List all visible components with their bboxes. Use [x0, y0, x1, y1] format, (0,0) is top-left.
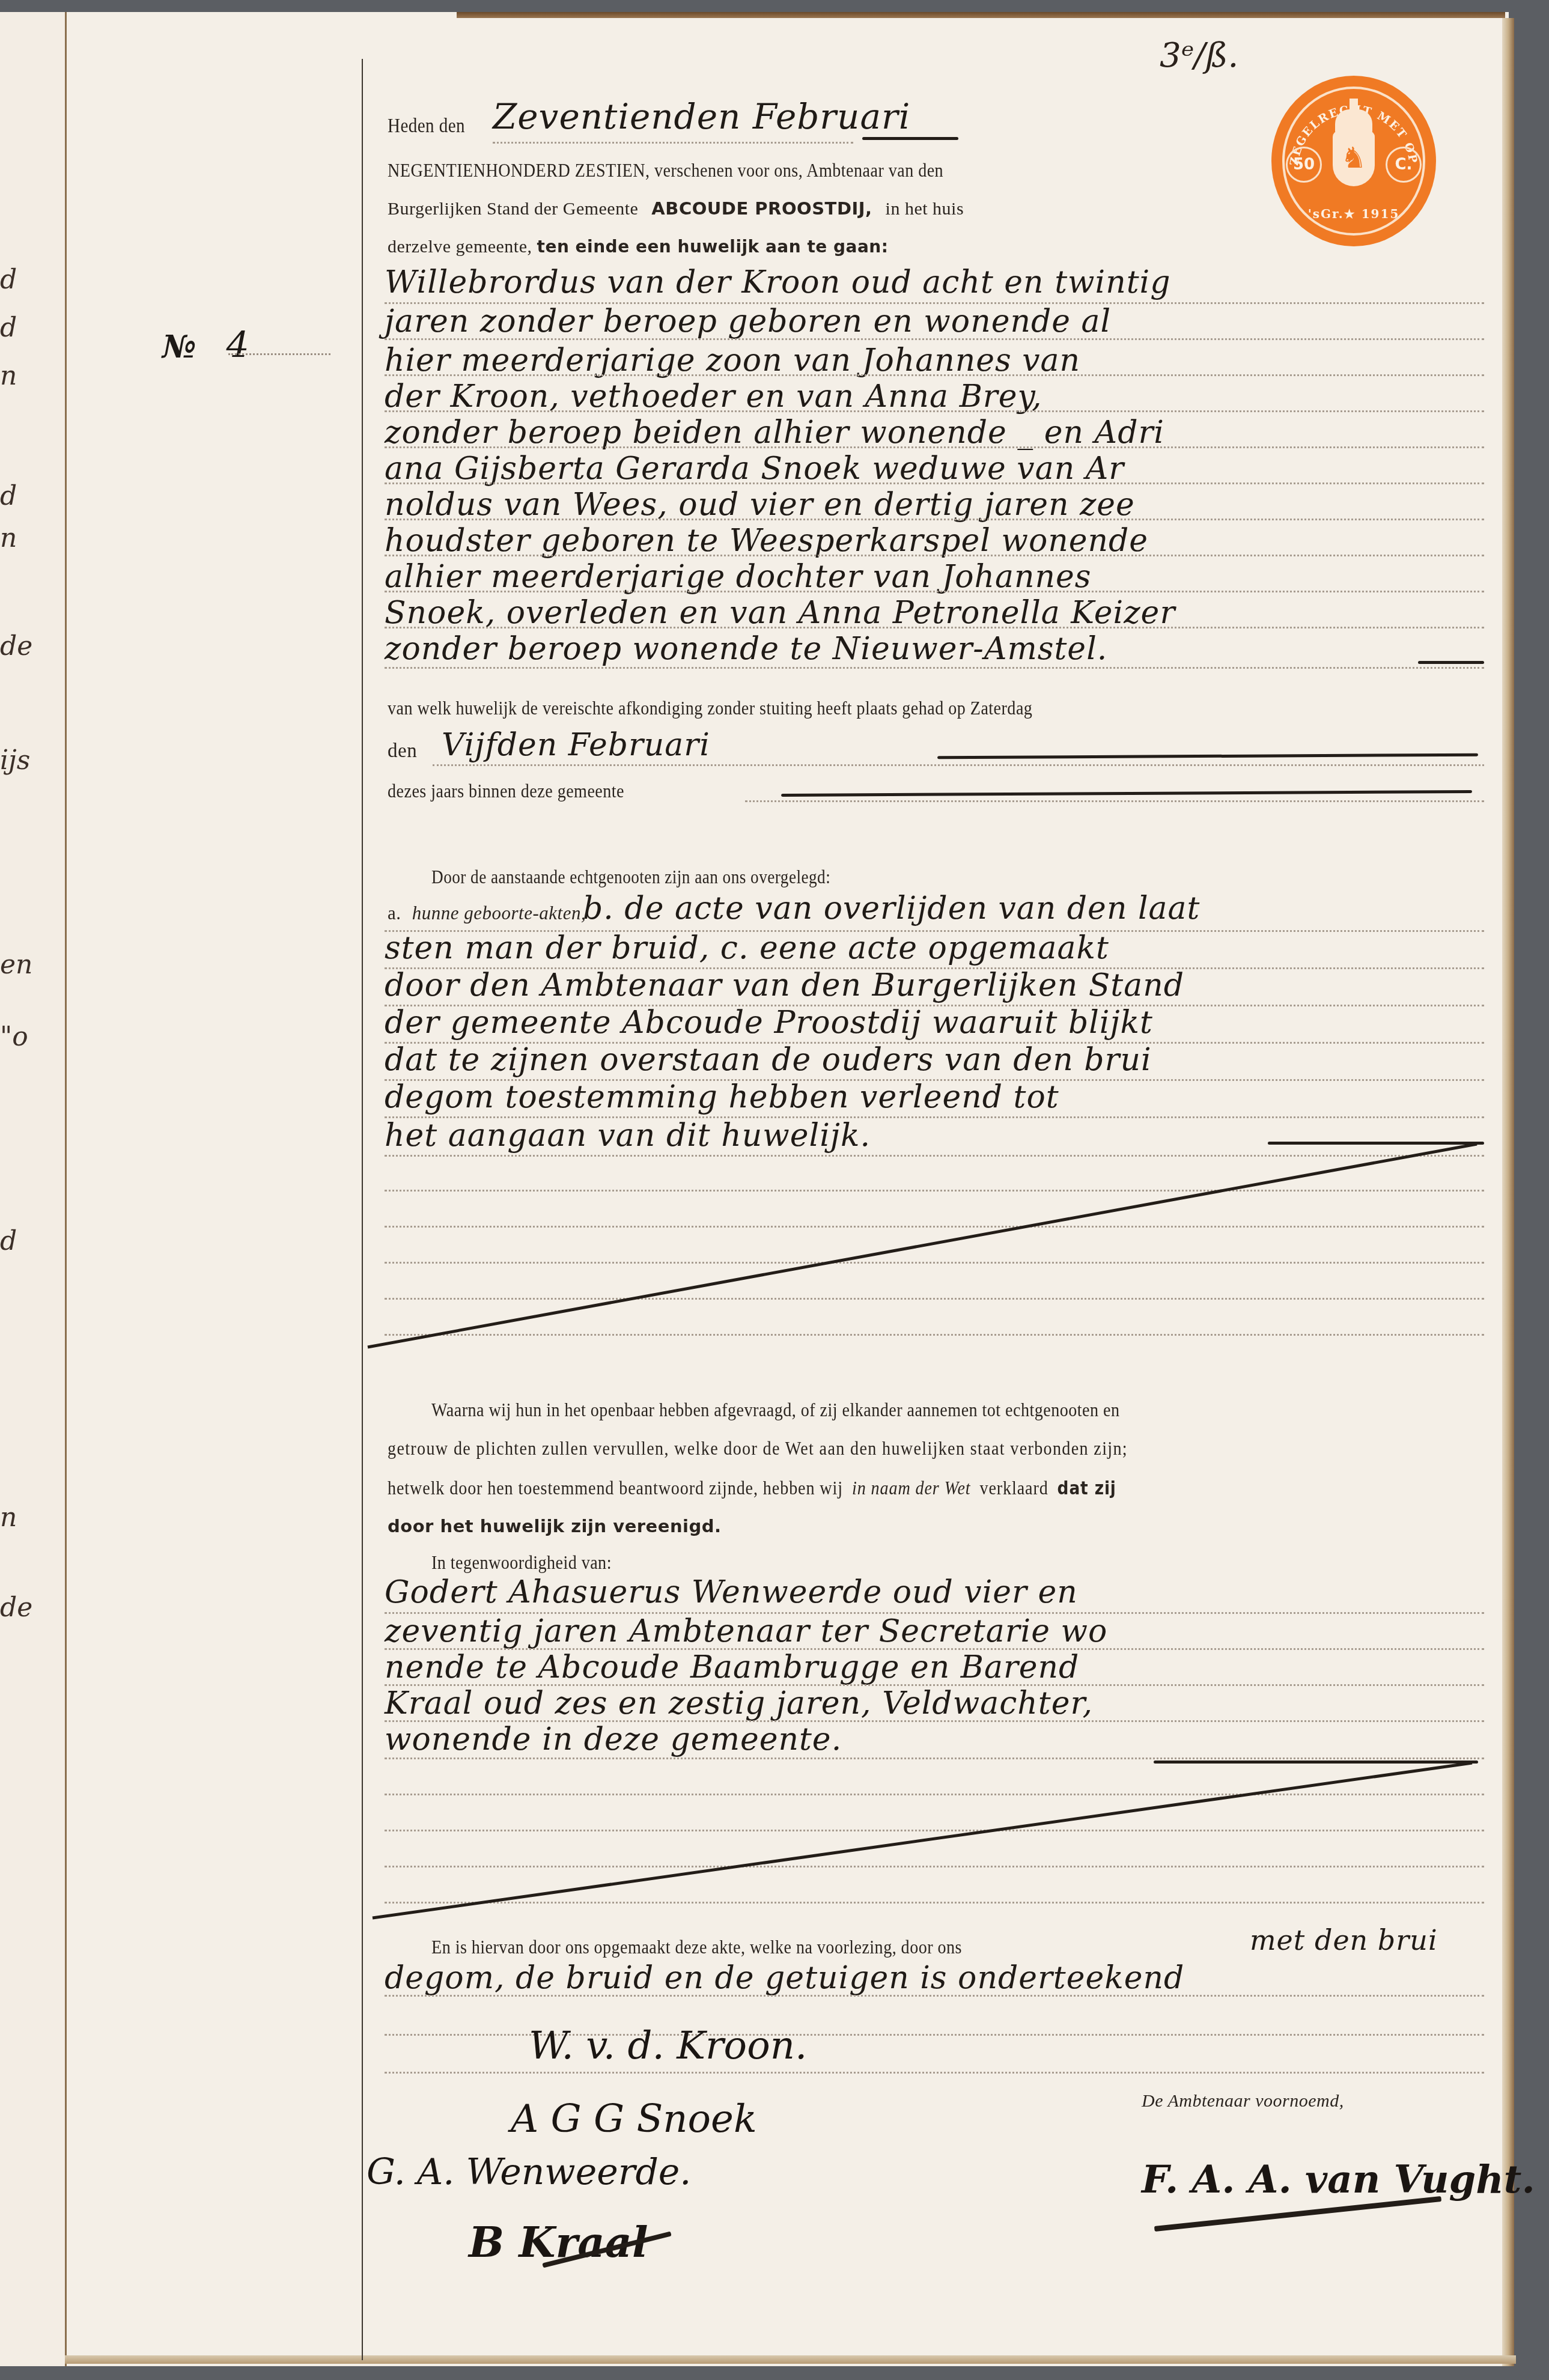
parties-line: jaren zonder beroep geboren en wonende a… [385, 303, 1111, 339]
witnesses-label: In tegenwoordigheid van: [431, 1551, 612, 1574]
closing-line-1: En is hiervan door ons opgemaakt deze ak… [431, 1936, 962, 1958]
lion-icon: ♞ [1340, 137, 1368, 179]
parties-line: ana Gijsberta Gerarda Snoek weduwe van A… [385, 451, 1124, 487]
marriage-date: Zeventienden Februari [493, 96, 910, 137]
page-reference: 3ᵉ/ß. [1160, 36, 1238, 75]
parties-line: zonder beroep wonende te Nieuwer-Amstel. [385, 631, 1107, 667]
signature-official: F. A. A. van Vught. [1142, 2157, 1535, 2202]
documents-line: b. de acte van overlijden van den laat [583, 890, 1200, 927]
afkondiging-den-label: den [388, 740, 417, 762]
ruled-line [385, 446, 1484, 448]
documents-line: door den Ambtenaar van den Burgerlijken … [385, 967, 1184, 1003]
signature-groom: W. v. d. Kroon. [529, 2024, 807, 2068]
header-line-3: Burgerlijken Stand der Gemeente ABCOUDE … [388, 198, 964, 219]
official-label: De Ambtenaar voornoemd, [1142, 2091, 1344, 2111]
ruled-line [385, 1079, 1484, 1081]
afkondiging-line: van welk huwelijk de vereischte afkondig… [388, 697, 1032, 719]
ruled-line [385, 555, 1484, 556]
declaration-line-3: hetwelk door hen toestemmend beantwoord … [388, 1477, 1116, 1499]
closing-handwritten-2: degom, de bruid en de getuigen is ondert… [385, 1960, 1184, 1996]
declaration-line-4: door het huwelijk zijn vereenigd. [388, 1515, 722, 1538]
witness-line: nende te Abcoude Baambrugge en Barend [385, 1649, 1079, 1685]
municipality-name: ABCOUDE PROOSTDIJ, [651, 198, 872, 219]
ruled-line [433, 764, 1484, 766]
ruled-line [385, 1612, 1484, 1614]
ruled-line [385, 338, 1484, 340]
parties-line: noldus van Wees, oud vier en dertig jare… [385, 487, 1135, 523]
page-bottom-edge [65, 2355, 1516, 2364]
stamp-bottom-text: 'sGr.★ 1915 [1275, 207, 1432, 221]
afkondiging-gemeente: dezes jaars binnen deze gemeente [388, 780, 624, 802]
ruled-line [385, 2072, 1484, 2074]
ruled-line [385, 591, 1484, 592]
documents-line: degom toestemming hebben verleend tot [385, 1079, 1059, 1115]
declaration-line-2: getrouw de plichten zullen vervullen, we… [388, 1437, 1128, 1459]
witness-line: wonende in deze gemeente. [385, 1721, 842, 1758]
ruled-line [385, 1995, 1484, 1997]
heden-den-label: Heden den [388, 115, 465, 138]
header-line-4: derzelve gemeente, ten einde een huwelij… [388, 237, 889, 257]
documents-intro: Door de aanstaande echtgenooten zijn aan… [431, 866, 830, 888]
ruled-line [385, 519, 1484, 520]
witness-line: Kraal oud zes en zestig jaren, Veldwacht… [385, 1685, 1093, 1721]
header-line-2: NEGENTIENHONDERD ZESTIEN, verschenen voo… [388, 159, 943, 181]
parties-line: houdster geboren te Weesperkarspel wonen… [385, 523, 1148, 559]
parties-line: Snoek, overleden en van Anna Petronella … [385, 595, 1175, 631]
crown-icon [1335, 109, 1372, 133]
ruled-line [385, 1684, 1484, 1686]
documents-line: dat te zijnen overstaan de ouders van de… [385, 1042, 1152, 1078]
witness-line: zeventig jaren Ambtenaar ter Secretarie … [385, 1613, 1107, 1649]
afkondiging-date: Vijfden Februari [442, 727, 710, 763]
stamp-currency: C. [1386, 147, 1422, 183]
ruled-line [385, 302, 1484, 304]
number-sign: № [162, 329, 196, 365]
documents-line: der gemeente Abcoude Proostdij waaruit b… [385, 1005, 1153, 1041]
parties-line: der Kroon, vethoeder en van Anna Brey, [385, 379, 1042, 415]
parties-line: hier meerderjarige zoon van Johannes van [385, 342, 1080, 379]
cancel-diagonal-line [361, 1755, 1502, 1923]
ruled-line [385, 1005, 1484, 1006]
parties-line: Willebrordus van der Kroon oud acht en t… [385, 264, 1170, 300]
signature-witness-1: G. A. Wenweerde. [367, 2151, 691, 2193]
page-right-edge [1502, 18, 1514, 2366]
documents-item-a: a. hunne geboorte-akten, [388, 902, 586, 924]
signature-bride: A G G Snoek [511, 2097, 757, 2141]
ruled-line [385, 1648, 1484, 1650]
tax-stamp: ZEGELRECHT MET OPCENTEN ♞ 50 C. 'sGr.★ 1… [1275, 79, 1432, 243]
akte-number-dots [228, 353, 330, 355]
akte-number-value: 4 [227, 324, 249, 367]
ruled-line [745, 800, 1484, 802]
ruled-line [385, 1720, 1484, 1722]
date-dots [493, 142, 853, 144]
ruled-line [385, 967, 1484, 969]
stamp-value: 50 [1286, 147, 1322, 183]
fill-stroke [862, 137, 958, 140]
ruled-line [385, 482, 1484, 484]
ruled-line [385, 410, 1484, 412]
ruled-line [385, 667, 1484, 669]
ruled-line [385, 627, 1484, 628]
cancel-diagonal-line [361, 1136, 1502, 1352]
akte-number: №4 [162, 324, 249, 367]
ruled-line [385, 1116, 1484, 1118]
declaration-line-1: Waarna wij hun in het openbaar hebben af… [431, 1399, 1119, 1421]
documents-line: sten man der bruid, c. eene acte opgemaa… [385, 930, 1109, 966]
closing-handwritten-1: met den brui [1250, 1924, 1438, 1956]
witness-line: Godert Ahasuerus Wenweerde oud vier en [385, 1574, 1078, 1610]
ruled-line [385, 930, 1484, 932]
parties-line: zonder beroep beiden alhier wonende _ en… [385, 415, 1164, 451]
fill-stroke [1418, 661, 1484, 664]
parties-line: alhier meerderjarige dochter van Johanne… [385, 559, 1092, 595]
ruled-line [385, 1042, 1484, 1044]
page-top-edge [457, 12, 1505, 18]
ruled-line [385, 374, 1484, 376]
